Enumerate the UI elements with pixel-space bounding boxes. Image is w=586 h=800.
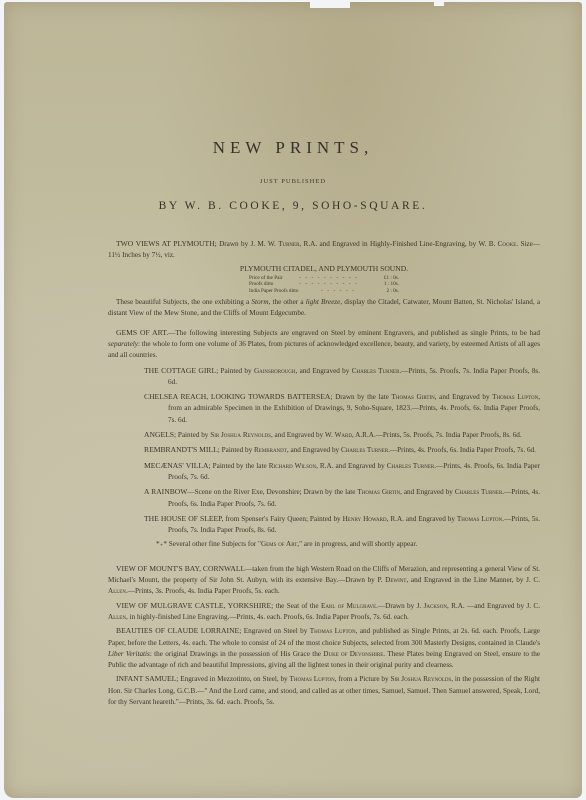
text: , and Engraved by (287, 446, 341, 454)
painter-name: Thomas Girtin (357, 488, 400, 496)
text: ," are in progress, and will shortly app… (297, 540, 417, 548)
price-value: 2 : 0s. (363, 288, 399, 294)
samuel-heading: INFANT SAMUEL; (116, 674, 178, 683)
gems-item: REMBRANDT'S MILL; Painted by Rembrandt, … (144, 444, 540, 456)
text: .—Drawn by J. (376, 602, 423, 610)
emphasis: separately (108, 340, 138, 348)
item-title: CHELSEA REACH, LOOKING TOWARDS BATTERSEA… (144, 392, 332, 401)
emphasis: Storm (251, 298, 268, 306)
painter-name: Gainsborough (254, 367, 296, 375)
artist-name: Dewint (385, 576, 406, 584)
mounts-bay-paragraph: VIEW OF MOUNT'S BAY, CORNWALL—taken from… (108, 563, 540, 598)
gems-note: *₊* Several other fine Subjects for "Gem… (156, 539, 540, 550)
item-title: REMBRANDT'S MILL; (144, 445, 220, 454)
text: Painted by (218, 367, 254, 375)
text: : the original Drawings in the possessio… (150, 650, 323, 658)
text: Painted by (176, 431, 210, 439)
engraver-name: Thomas Lupton (290, 675, 335, 683)
item-title: THE HOUSE OF SLEEP, (144, 514, 223, 523)
text: Drawn by J. M. W. (217, 240, 278, 248)
text: Drawn by the late (332, 393, 391, 401)
earl-name: Earl of Mulgrave (321, 602, 376, 610)
text: , and Engraved by (296, 367, 352, 375)
text: Engraved in Mezzotinto, on Steel, by (178, 675, 289, 683)
engraver-name: Cooke (498, 240, 517, 248)
gems-heading: GEMS OF ART. (116, 328, 168, 337)
gems-item: THE COTTAGE GIRL; Painted by Gainsboroug… (144, 365, 540, 389)
engraver-name: Thomas Lupton (310, 627, 356, 635)
artist-name: Turner (278, 240, 299, 248)
page-title: NEW PRINTS, (0, 138, 586, 158)
text: the Seat of the (273, 602, 321, 610)
claude-paragraph: BEAUTIES OF CLAUDE LORRAINE; Engraved on… (108, 625, 540, 671)
text: Engraved on Steel by (241, 627, 309, 635)
artist-name: Jackson (424, 602, 447, 610)
torn-edge (434, 2, 444, 6)
plymouth-subheading: PLYMOUTH CITADEL, AND PLYMOUTH SOUND. (108, 263, 540, 274)
item-title: MECÆNAS' VILLA; (144, 461, 211, 470)
text: : the whole to form one volume of 36 Pla… (108, 340, 540, 359)
text: .—Prints, 3s. Proofs, 4s. India Paper Pr… (126, 587, 280, 595)
engraver-name: Charles Turner (455, 488, 502, 496)
engraver-name: Allen (108, 587, 126, 595)
engraver-name: Charles Turner (341, 446, 388, 454)
text: , R.A. and Engraved in Highly-Finished L… (299, 240, 497, 248)
plymouth-heading: TWO VIEWS AT PLYMOUTH; (116, 239, 217, 248)
text: , R.A. —and Engraved by J. C. (447, 602, 540, 610)
text: Painted by (220, 446, 254, 454)
engraver-name: Ward (335, 431, 352, 439)
mulgrave-paragraph: VIEW OF MULGRAVE CASTLE, YORKSHIRE; the … (108, 600, 540, 624)
book-title: Liber Veritatis (108, 650, 150, 658)
item-title: THE COTTAGE GIRL; (144, 366, 218, 375)
price-row: India Paper Proofs ditto - - - - - - 2 :… (249, 288, 399, 294)
gems-intro: GEMS OF ART.—The following interesting S… (108, 327, 540, 362)
text: , in highly-finished Line Engraving.—Pri… (126, 613, 409, 621)
text: Painted by the late (211, 462, 269, 470)
painter-name: Richard Wilson (269, 462, 316, 470)
document-body: TWO VIEWS AT PLYMOUTH; Drawn by J. M. W.… (108, 238, 540, 708)
price-table: Price of the Pair - - - - - - - - - - £1… (249, 275, 399, 294)
item-title: A RAINBOW (144, 487, 187, 496)
emphasis: light Breeze (306, 298, 341, 306)
engraver-name: Thomas Lupton (492, 393, 538, 401)
plymouth-paragraph: TWO VIEWS AT PLYMOUTH; Drawn by J. M. W.… (108, 238, 540, 262)
text: —The following interesting Subjects are … (168, 329, 540, 337)
painter-name: Sir Joshua Reynolds (210, 431, 271, 439)
torn-edge (310, 2, 350, 8)
engraver-name: Thomas Lupton (457, 515, 502, 523)
price-leader: - - - - - - (321, 288, 363, 294)
engraver-name: Charles Turner (352, 367, 400, 375)
text: , A.R.A.—Prints, 5s. Proofs, 7s. India P… (352, 431, 522, 439)
text: *₊* Several other fine Subjects for " (156, 540, 261, 548)
text: , and Engraved by (435, 393, 492, 401)
painter-name: Thomas Girtin (391, 393, 434, 401)
gems-item: THE HOUSE OF SLEEP, from Spenser's Fairy… (144, 513, 540, 537)
text: These beautiful Subjects, the one exhibi… (116, 298, 251, 306)
duke-name: Duke of Devonshire (323, 650, 383, 658)
gems-item: CHELSEA REACH, LOOKING TOWARDS BATTERSEA… (144, 391, 540, 426)
samuel-paragraph: INFANT SAMUEL; Engraved in Mezzotinto, o… (108, 673, 540, 708)
claude-heading: BEAUTIES OF CLAUDE LORRAINE; (116, 626, 241, 635)
gems-item: ANGELS; Painted by Sir Joshua Reynolds, … (144, 429, 540, 441)
text: , and Engraved in the Line Manner, by J.… (406, 576, 540, 584)
text: , R.A. and Engraved by (316, 462, 387, 470)
text: —Scene on the River Exe, Devonshire; Dra… (187, 488, 357, 496)
text: , R.A. and Engraved by (387, 515, 457, 523)
plymouth-description: These beautiful Subjects, the one exhibi… (108, 297, 540, 320)
text: , and Engraved by W. (271, 431, 335, 439)
painter-name: Rembrandt (254, 446, 287, 454)
text: .—Prints, 4s. Proofs, 6s. India Paper Pr… (388, 446, 536, 454)
painter-name: Henry Howard (343, 515, 387, 523)
publisher-line: BY W. B. COOKE, 9, SOHO-SQUARE. (0, 200, 586, 212)
text: , from a Picture by (335, 675, 391, 683)
mulgrave-heading: VIEW OF MULGRAVE CASTLE, YORKSHIRE; (116, 601, 273, 610)
gems-item: MECÆNAS' VILLA; Painted by the late Rich… (144, 460, 540, 484)
text: , the other a (269, 298, 306, 306)
price-label: India Paper Proofs ditto (249, 288, 321, 294)
painter-name: Sir Joshua Reynolds (390, 675, 451, 683)
text: , and Engraved by (400, 488, 455, 496)
text: from Spenser's Fairy Queen; Painted by (223, 515, 342, 523)
mounts-bay-heading: VIEW OF MOUNT'S BAY, CORNWALL (116, 564, 245, 573)
page-subtitle: JUST PUBLISHED (0, 178, 586, 185)
engraver-name: Allen (108, 613, 126, 621)
item-title: ANGELS; (144, 430, 176, 439)
series-name: Gems of Art (261, 540, 297, 548)
engraver-name: Charles Turner (387, 462, 434, 470)
gems-item: A RAINBOW—Scene on the River Exe, Devons… (144, 486, 540, 510)
